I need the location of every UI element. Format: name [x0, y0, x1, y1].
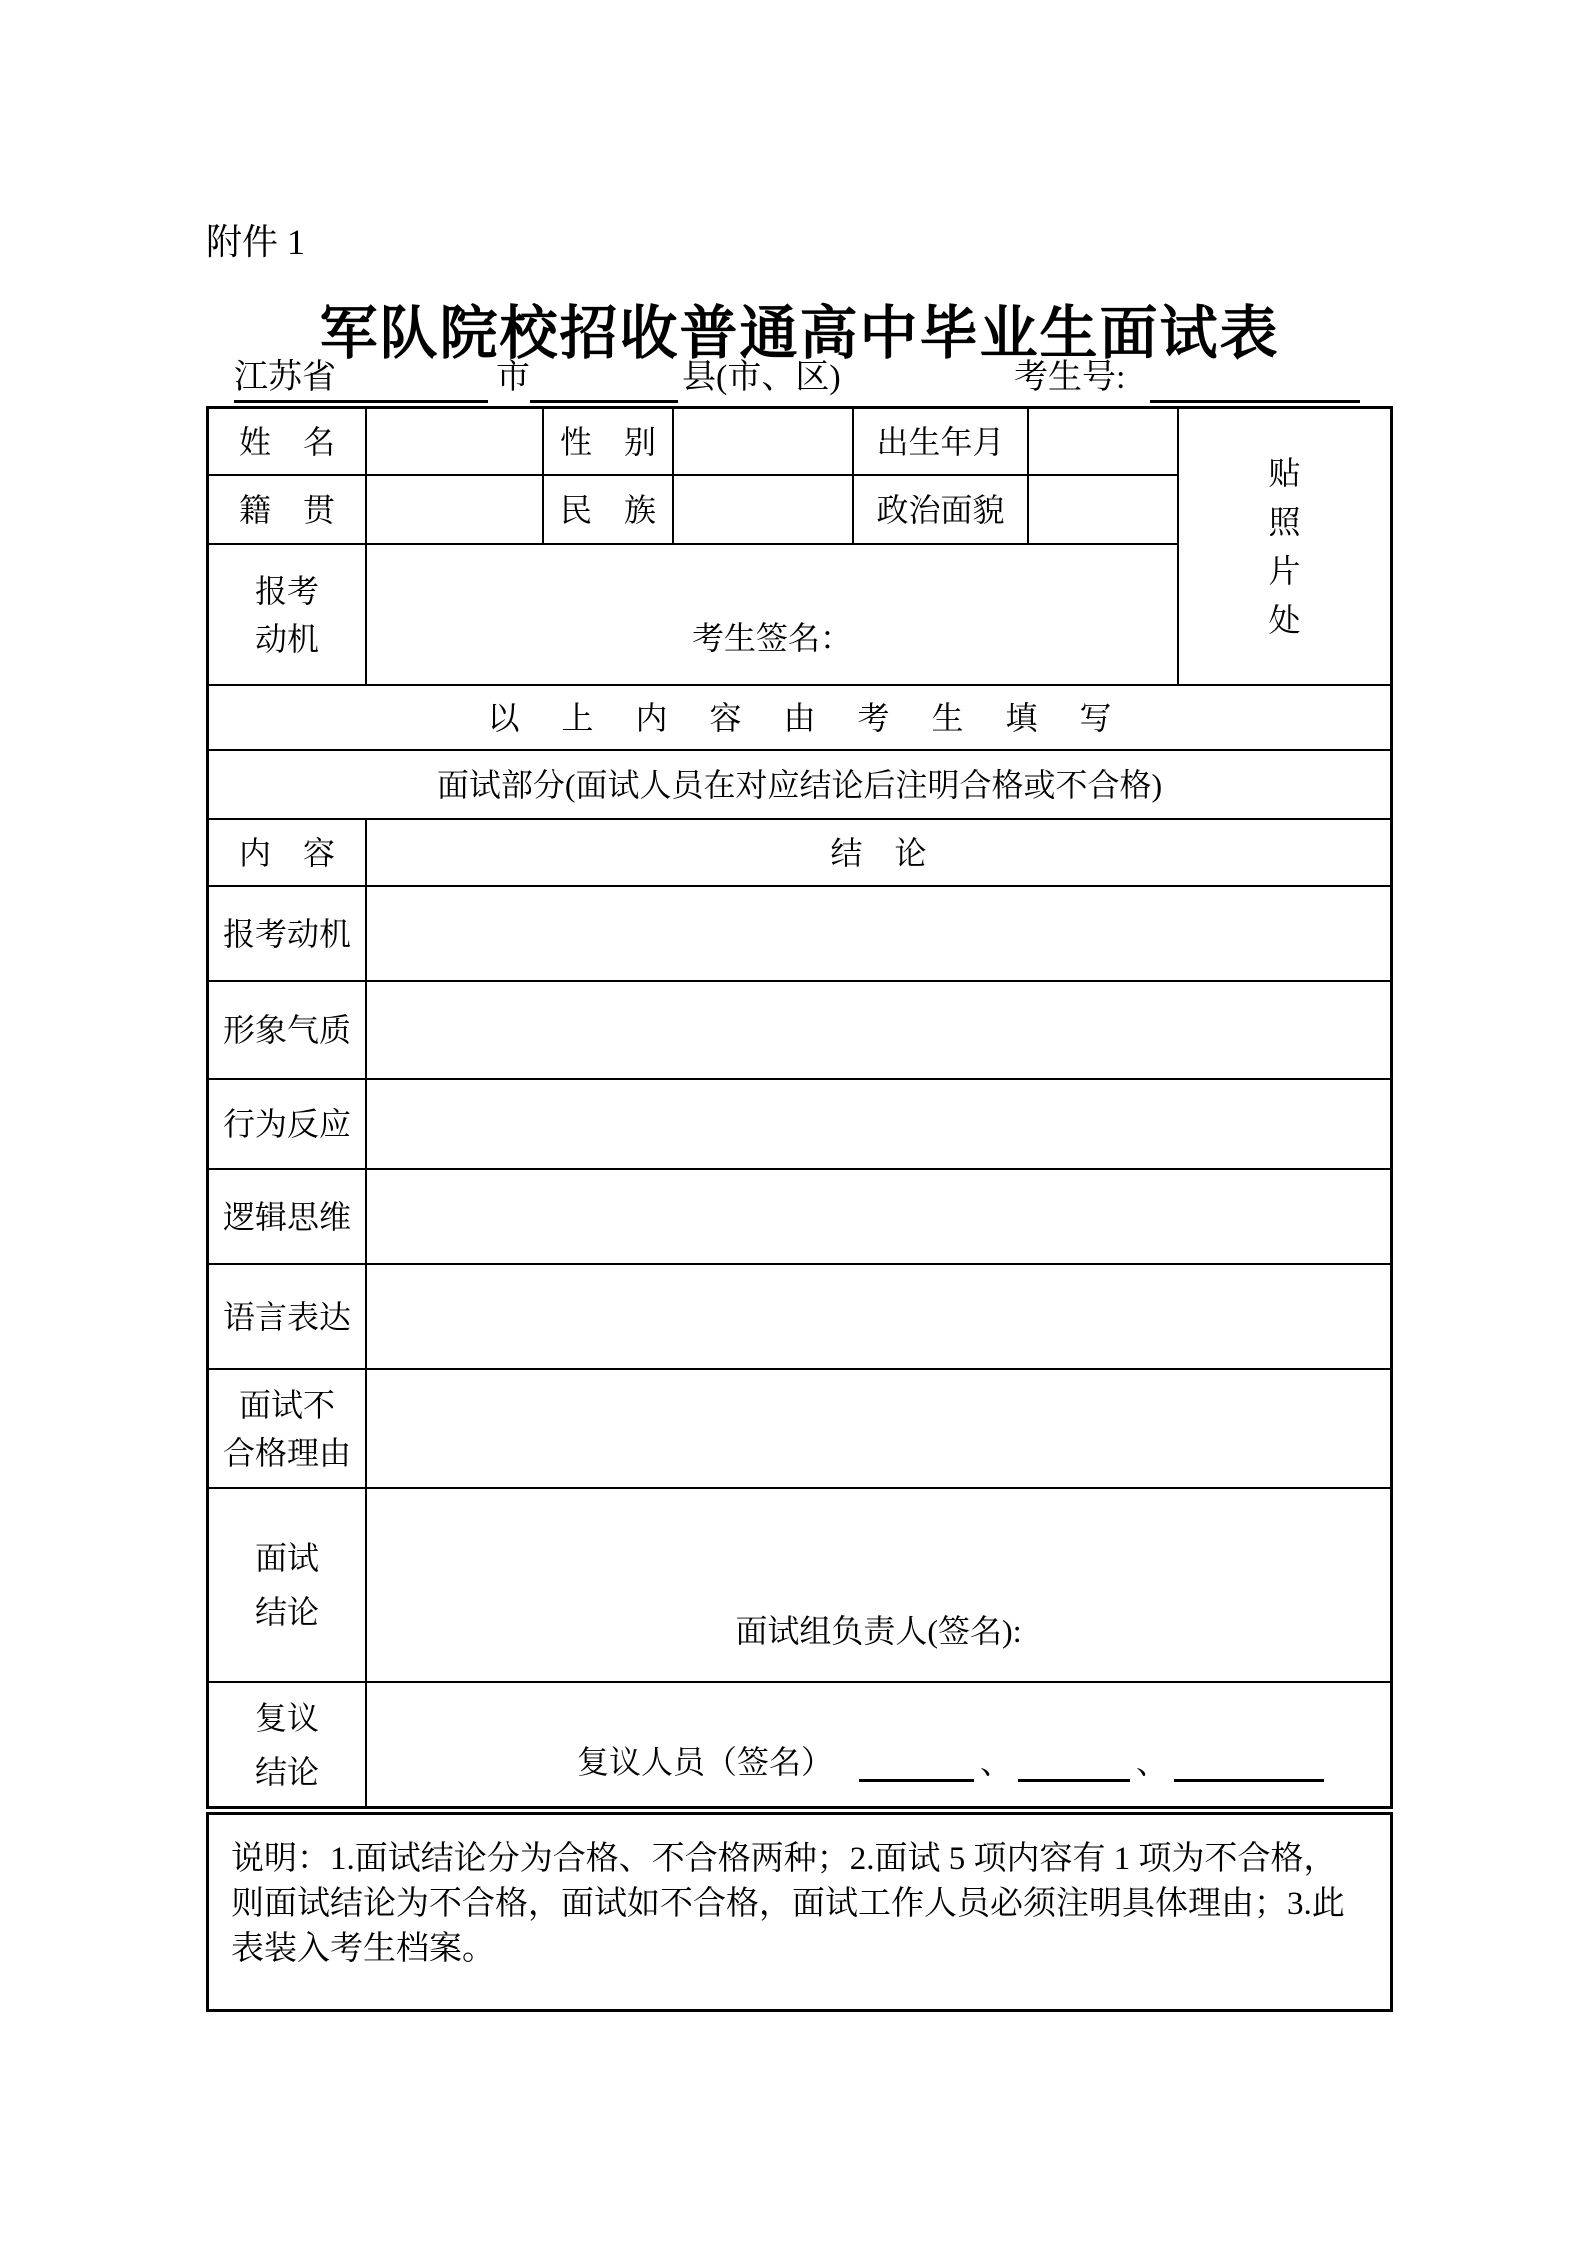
leader-signature-label: 面试组负责人(签名): — [735, 1611, 1021, 1651]
city-suffix-label: 市 — [496, 356, 530, 400]
political-value-cell[interactable] — [1029, 476, 1179, 545]
review-sign-blank-1[interactable] — [859, 1745, 974, 1782]
item-motivation-label: 报考动机 — [209, 887, 367, 982]
ethnic-value-cell[interactable] — [674, 476, 854, 545]
photo-char-1: 贴 — [1268, 453, 1300, 493]
motivation-label-line2: 动机 — [255, 615, 319, 663]
instructions-note: 说明：1.面试结论分为合格、不合格两种；2.面试 5 项内容有 1 项为不合格，… — [206, 1812, 1393, 2012]
interview-form-table: 姓 名 性 别 出生年月 贴 照 片 处 籍 贯 民 族 政治面貌 报考 动机 … — [206, 406, 1393, 1809]
gender-value-cell[interactable] — [674, 409, 854, 476]
fail-reason-label-line1: 面试不 — [239, 1381, 335, 1429]
final-conclusion-label-cell: 面试 结论 — [209, 1489, 367, 1683]
ethnic-label-cell: 民 族 — [544, 476, 674, 545]
county-suffix-label: 县(市、区) — [682, 356, 841, 400]
item-motivation-conclusion-cell[interactable] — [367, 887, 1390, 982]
province-label: 江苏省 — [234, 356, 488, 403]
motivation-label-cell: 报考 动机 — [209, 545, 367, 686]
item-appearance-label: 形象气质 — [209, 982, 367, 1080]
photo-char-3: 片 — [1268, 551, 1300, 591]
item-logic-label: 逻辑思维 — [209, 1170, 367, 1265]
review-sign-blank-2[interactable] — [1018, 1745, 1130, 1782]
candidate-signature-label: 考生签名： — [692, 618, 852, 658]
item-logic-conclusion-cell[interactable] — [367, 1170, 1390, 1265]
conclusion-header-cell: 结 论 — [367, 820, 1390, 887]
review-signature-label: 复议人员（签名） — [577, 1742, 833, 1782]
gender-label-cell: 性 别 — [544, 409, 674, 476]
fail-reason-label-line2: 合格理由 — [223, 1429, 351, 1477]
final-conclusion-label-line2: 结论 — [255, 1585, 319, 1639]
candidate-no-blank-line[interactable] — [1150, 356, 1360, 403]
item-appearance-conclusion-cell[interactable] — [367, 982, 1390, 1080]
candidate-fill-banner: 以上内容由考生填写 — [209, 686, 1390, 751]
review-conclusion-label-line2: 结论 — [255, 1745, 319, 1799]
motivation-label-line1: 报考 — [255, 567, 319, 615]
name-value-cell[interactable] — [367, 409, 544, 476]
birth-value-cell[interactable] — [1029, 409, 1179, 476]
item-language-conclusion-cell[interactable] — [367, 1265, 1390, 1370]
review-conclusion-label-cell: 复议 结论 — [209, 1683, 367, 1806]
origin-value-cell[interactable] — [367, 476, 544, 545]
origin-label-cell: 籍 贯 — [209, 476, 367, 545]
item-behavior-conclusion-cell[interactable] — [367, 1080, 1390, 1170]
city-blank-line[interactable] — [530, 356, 678, 403]
fail-reason-value-cell[interactable] — [367, 1370, 1390, 1489]
content-header-cell: 内 容 — [209, 820, 367, 887]
name-label-cell: 姓 名 — [209, 409, 367, 476]
item-language-label: 语言表达 — [209, 1265, 367, 1370]
item-behavior-label: 行为反应 — [209, 1080, 367, 1170]
photo-char-4: 处 — [1268, 600, 1300, 640]
motivation-value-cell[interactable]: 考生签名： — [367, 545, 1179, 686]
photo-area-cell[interactable]: 贴 照 片 处 — [1179, 409, 1390, 686]
political-label-cell: 政治面貌 — [854, 476, 1029, 545]
review-conclusion-label-line1: 复议 — [255, 1691, 319, 1745]
attachment-label: 附件 1 — [206, 220, 305, 264]
interview-section-banner: 面试部分(面试人员在对应结论后注明合格或不合格) — [209, 751, 1390, 820]
fail-reason-label-cell: 面试不 合格理由 — [209, 1370, 367, 1489]
form-page: 附件 1 军队院校招收普通高中毕业生面试表 江苏省 市 县(市、区) 考生号: … — [0, 0, 1587, 2245]
final-conclusion-value-cell[interactable]: 面试组负责人(签名): — [367, 1489, 1390, 1683]
final-conclusion-label-line1: 面试 — [255, 1531, 319, 1585]
review-sign-separator-2: 、 — [1130, 1742, 1174, 1782]
birth-label-cell: 出生年月 — [854, 409, 1029, 476]
candidate-no-label: 考生号: — [1014, 356, 1125, 400]
review-sign-separator-1: 、 — [974, 1742, 1018, 1782]
review-conclusion-value-cell[interactable]: 复议人员（签名） 、 、 — [367, 1683, 1390, 1806]
photo-char-2: 照 — [1268, 502, 1300, 542]
review-sign-blank-3[interactable] — [1174, 1745, 1324, 1782]
